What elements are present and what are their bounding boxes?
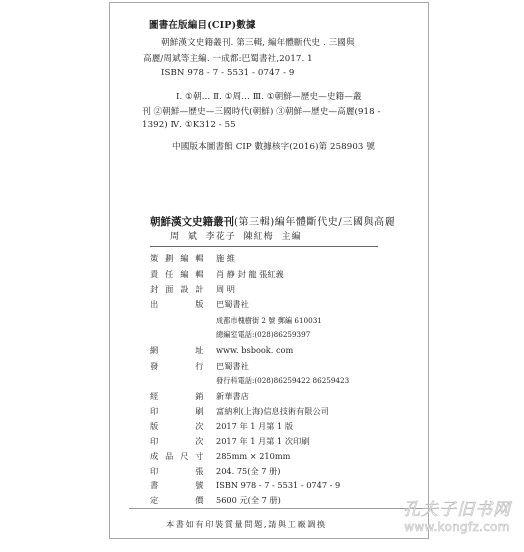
- row-value: 2017 年 1 月第 1 版: [216, 421, 293, 432]
- cip-isbn: ISBN 978 - 7 - 5531 - 0747 - 9: [161, 68, 294, 78]
- row-value: 巴蜀書社: [216, 361, 249, 372]
- row-label: 書號: [150, 480, 204, 491]
- row-edition: 版次2017 年 1 月第 1 版: [150, 421, 293, 435]
- row-label: 印次: [150, 436, 204, 447]
- cip-record-number: 中國版本圖書館 CIP 數據核字(2016)第 258903 號: [172, 140, 375, 152]
- publisher-address: 成都市槐樹街 2 號 郵編 610031: [216, 316, 322, 326]
- row-printer: 印刷富納利(上海)信息技術有限公司: [150, 406, 329, 420]
- book-title: 朝鮮漢文史籍叢刊(第三輯)編年體斷代史/三國與高麗: [150, 213, 395, 229]
- row-label: 定價: [150, 495, 204, 506]
- row-value: www. bsbook. com: [216, 345, 293, 355]
- row-book-number: 書號ISBN 978 - 7 - 5531 - 0747 - 9: [150, 480, 340, 494]
- row-planning-editor: 策劃編輯施 維: [150, 253, 235, 267]
- row-trim-size: 成品尺寸285mm × 210mm: [150, 451, 290, 465]
- row-label: 責任編輯: [150, 269, 204, 280]
- row-printing: 印次2017 年 1 月第 1 次印刷: [150, 436, 309, 450]
- row-value: 204. 75(全 7 册): [216, 466, 280, 477]
- distribution-phone: 發行科電話:(028)86259422 86259423: [216, 376, 349, 386]
- cip-line-1: 朝鮮漢文史籍叢刊. 第三輯, 編年體斷代史 . 三國與: [161, 36, 355, 48]
- row-label: 策劃編輯: [150, 253, 204, 264]
- row-value: 施 維: [216, 253, 235, 264]
- row-price: 定價5600 元(全 7 册): [150, 495, 281, 509]
- volume-title: (第三輯)編年體斷代史/三國與高麗: [234, 217, 395, 228]
- row-seller: 經銷新華書店: [150, 391, 249, 405]
- publisher-phone: 總編室電話:(028)86259397: [216, 330, 310, 340]
- cip-classification-1: Ⅰ. ①朝… Ⅱ. ①周… Ⅲ. ①朝鮮—歷史—史籍—叢: [176, 90, 362, 102]
- series-title: 朝鮮漢文史籍叢刊: [150, 216, 234, 228]
- row-label: 出版: [150, 299, 204, 310]
- row-distributor: 發行巴蜀書社: [150, 361, 249, 375]
- row-label: 印刷: [150, 406, 204, 417]
- row-value: 2017 年 1 月第 1 次印刷: [216, 436, 309, 447]
- row-value: 周 明: [216, 284, 235, 295]
- row-label: 印張: [150, 466, 204, 477]
- row-value: ISBN 978 - 7 - 5531 - 0747 - 9: [216, 480, 340, 490]
- row-website: 網址www. bsbook. com: [150, 345, 293, 359]
- cip-classification-3: 1392) Ⅳ. ①K312 - 55: [142, 120, 236, 130]
- title-divider: [150, 246, 378, 247]
- cip-classification-2: 刊 ②朝鮮—歷史—三國時代(朝鮮) ③朝鮮—歷史—高麗(918 -: [142, 105, 381, 117]
- row-label: 網址: [150, 345, 204, 356]
- editors-line: 周 斌 李花子 陳紅梅 主編: [170, 229, 301, 242]
- row-label: 成品尺寸: [150, 451, 204, 462]
- row-sheets: 印張204. 75(全 7 册): [150, 466, 280, 480]
- footer-divider: [129, 508, 429, 509]
- row-label: 封面設計: [150, 284, 204, 295]
- row-value: 285mm × 210mm: [216, 451, 290, 461]
- row-cover-design: 封面設計周 明: [150, 284, 235, 298]
- row-value: 富納利(上海)信息技術有限公司: [216, 406, 329, 417]
- cip-line-2: 高麗/周斌等主編. 一成都:巴蜀書社,2017. 1: [143, 52, 313, 64]
- row-responsible-editor: 責任編輯肖 静 封 龍 張紅義: [150, 269, 284, 283]
- row-label: 版次: [150, 421, 204, 432]
- cip-heading: 圖書在版編目(CIP)數據: [149, 17, 256, 31]
- row-label: 發行: [150, 361, 204, 372]
- row-label: 經銷: [150, 391, 204, 402]
- row-value: 新華書店: [216, 391, 249, 402]
- footer-note: 本書如有印裝質量問題,請與工廠調换: [166, 519, 327, 530]
- row-value: 5600 元(全 7 册): [216, 495, 281, 506]
- row-publisher: 出版巴蜀書社: [150, 299, 249, 313]
- row-value: 巴蜀書社: [216, 299, 249, 310]
- row-value: 肖 静 封 龍 張紅義: [216, 269, 284, 280]
